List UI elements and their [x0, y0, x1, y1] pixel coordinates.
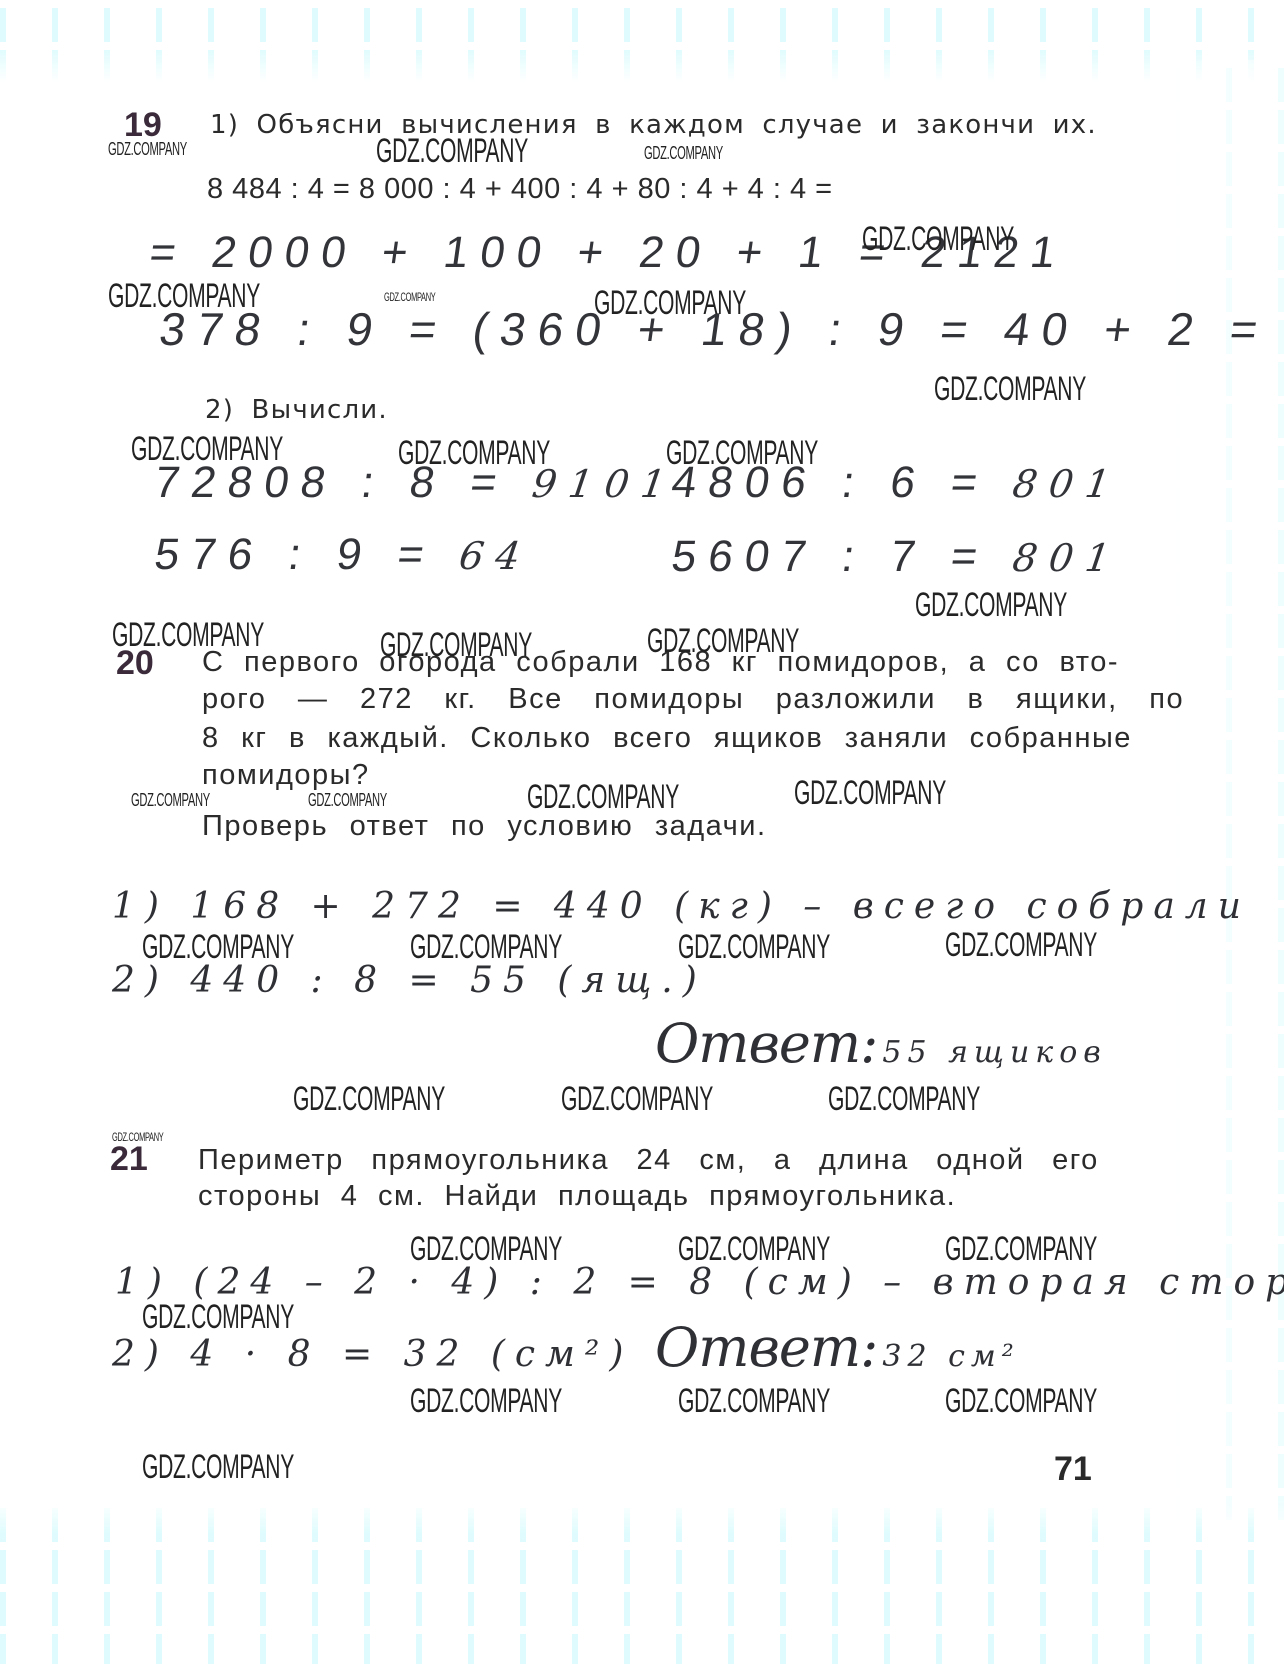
task-20-solution-step: 1) 168 + 272 = 440 (кг) – всего собрали — [112, 886, 1251, 927]
task-21-solution-step: 2) 4 · 8 = 32 (см²) — [112, 1334, 633, 1375]
task-21-text-line: Периметр прямоугольника 24 см, а длина о… — [198, 1144, 1099, 1177]
watermark: GDZ.COMPANY — [647, 622, 799, 661]
task-20-check-prompt: Проверь ответ по условию задачи. — [202, 810, 767, 843]
watermark: GDZ.COMPANY — [398, 434, 550, 473]
watermark: GDZ.COMPANY — [527, 778, 679, 817]
watermark: GDZ.COMPANY — [142, 1448, 294, 1487]
computation-row: 5607 : 7 = 801 — [668, 532, 1125, 582]
answer-label: Ответ: — [655, 1012, 877, 1075]
watermark: GDZ.COMPANY — [945, 1382, 1097, 1421]
watermark: GDZ.COMPANY — [915, 586, 1067, 625]
watermark: GDZ.COMPANY — [678, 1382, 830, 1421]
answer-value: 32 см² — [882, 1339, 1019, 1374]
task-21-text-line: стороны 4 см. Найди площадь прямоугольни… — [198, 1180, 956, 1213]
watermark: GDZ.COMPANY — [131, 430, 283, 469]
watermark: GDZ.COMPANY — [561, 1080, 713, 1119]
task-19-part2-prompt: 2) Вычисли. — [205, 395, 388, 425]
watermark: GDZ.COMPANY — [666, 434, 818, 473]
computation-expr: 576 : 9 = — [152, 530, 439, 579]
page-number: 71 — [1054, 1450, 1092, 1489]
watermark: GDZ.COMPANY — [376, 132, 528, 171]
answer-label: Ответ: — [655, 1316, 877, 1379]
computation-answer: 64 — [456, 534, 535, 578]
watermark: GDZ.COMPANY — [293, 1080, 445, 1119]
watermark: GDZ.COMPANY — [945, 926, 1097, 965]
task-21-answer: Ответ: 32 см² — [655, 1316, 1020, 1379]
watermark: GDZ.COMPANY — [308, 790, 387, 811]
watermark: GDZ.COMPANY — [794, 774, 946, 813]
watermark: GDZ.COMPANY — [142, 1298, 294, 1337]
watermark: GDZ.COMPANY — [410, 1382, 562, 1421]
task-19-printed-formula: 8 484 : 4 = 8 000 : 4 + 400 : 4 + 80 : 4… — [207, 173, 833, 206]
watermark: GDZ.COMPANY — [112, 1130, 163, 1144]
watermark: GDZ.COMPANY — [828, 1080, 980, 1119]
decorative-tile-band-bottom — [0, 1500, 1284, 1664]
watermark: GDZ.COMPANY — [384, 290, 435, 304]
watermark: GDZ.COMPANY — [678, 1230, 830, 1269]
watermark: GDZ.COMPANY — [112, 616, 264, 655]
computation-answer: 801 — [1010, 462, 1125, 506]
computation-answer: 801 — [1010, 536, 1125, 580]
task-20-text-line: рого — 272 кг. Все помидоры разложили в … — [202, 683, 1184, 716]
answer-value: 55 ящиков — [882, 1035, 1106, 1070]
watermark: GDZ.COMPANY — [131, 790, 210, 811]
computation-row: 576 : 9 = 64 — [151, 530, 535, 580]
watermark: GDZ.COMPANY — [945, 1230, 1097, 1269]
decorative-tile-band-top — [0, 0, 1284, 82]
task-20-text-line: помидоры? — [202, 759, 370, 792]
watermark: GDZ.COMPANY — [594, 284, 746, 323]
watermark: GDZ.COMPANY — [644, 143, 723, 164]
task-number-21: 21 — [110, 1140, 148, 1179]
watermark: GDZ.COMPANY — [862, 220, 1014, 259]
watermark: GDZ.COMPANY — [142, 928, 294, 967]
watermark: GDZ.COMPANY — [410, 928, 562, 967]
watermark: GDZ.COMPANY — [934, 370, 1086, 409]
task-20-text-line: 8 кг в каждый. Сколько всего ящиков заня… — [202, 722, 1132, 755]
computation-expr: 5607 : 7 = — [669, 532, 993, 581]
watermark: GDZ.COMPANY — [108, 277, 260, 316]
task-20-answer: Ответ: 55 ящиков — [655, 1012, 1107, 1075]
watermark: GDZ.COMPANY — [678, 928, 830, 967]
watermark: GDZ.COMPANY — [108, 139, 187, 160]
task-19-part1-prompt: 1) Объясни вычисления в каждом случае и … — [210, 110, 1097, 140]
watermark: GDZ.COMPANY — [380, 626, 532, 665]
watermark: GDZ.COMPANY — [410, 1230, 562, 1269]
computation-answer: 9101 — [529, 462, 680, 506]
